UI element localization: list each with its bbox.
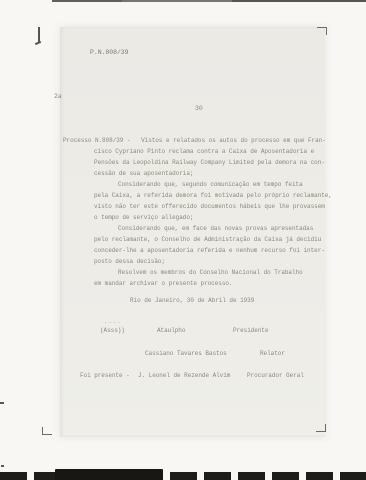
president-title: Presidente xyxy=(233,327,269,334)
body-line: o tempo de serviço allegado; xyxy=(94,214,366,225)
film-frame-bottom-segment xyxy=(55,469,163,480)
signature-dots: ···· xyxy=(104,320,122,326)
procurador-signature: J. Leonel de Rezende Alvim xyxy=(138,372,230,379)
body-line: cessão de sua aposentadoria; xyxy=(94,170,366,181)
relator-signature: Cassiano Tavares Bastos xyxy=(145,350,227,357)
film-edge-speck xyxy=(1,465,4,467)
body-line: pela Caixa, a referida demora foi motiva… xyxy=(94,192,366,203)
margin-annotation: 2a xyxy=(54,93,62,100)
body-line: Considerando que, segundo comunicação em… xyxy=(118,181,366,192)
film-frame-top-line xyxy=(52,0,366,2)
body-line: cisco Cypriano Pinto reclama contra a Ca… xyxy=(94,148,366,159)
president-signature: Ataulpho xyxy=(157,327,185,334)
body-line: conceder-lhe a aposentadoria referida e … xyxy=(94,247,366,258)
page-number: 30 xyxy=(195,105,203,112)
date-line: Rio de Janeiro, 30 de Abril de 1939 xyxy=(130,297,254,304)
body-line: Pensões da Leopoldina Railway Company Li… xyxy=(94,159,366,170)
procurador-title: Procurador Geral xyxy=(247,372,304,379)
body-line: visto não ter este offerecido documentos… xyxy=(94,203,366,214)
body-line: posto dessa decisão; xyxy=(94,258,366,269)
crop-mark-top-right xyxy=(317,27,327,35)
body-line: em mandar archivar o presente processo. xyxy=(94,280,366,291)
crop-mark-bottom-left xyxy=(42,427,52,435)
registration-mark xyxy=(38,27,40,43)
body-line: Processo N.808/39 - Vistos e relatados o… xyxy=(63,137,366,148)
body-line: Considerando que, em face das novas prov… xyxy=(118,225,366,236)
document-body: Processo N.808/39 - Vistos e relatados o… xyxy=(0,137,366,291)
body-line: pelo reclamante, o Conselho de Administr… xyxy=(94,236,366,247)
crop-mark-bottom-right xyxy=(316,424,326,432)
relator-title: Relator xyxy=(260,350,285,357)
body-line: Resolvem os membros do Conselho Nacional… xyxy=(118,269,366,280)
signed-label: (Asss)) xyxy=(100,327,125,334)
scanned-photo: P.N.808/39 2a 30 Processo N.808/39 - Vis… xyxy=(0,0,366,480)
film-edge-speck xyxy=(0,402,4,404)
file-reference: P.N.808/39 xyxy=(90,49,129,56)
present-note: Foi presente - xyxy=(80,372,130,379)
